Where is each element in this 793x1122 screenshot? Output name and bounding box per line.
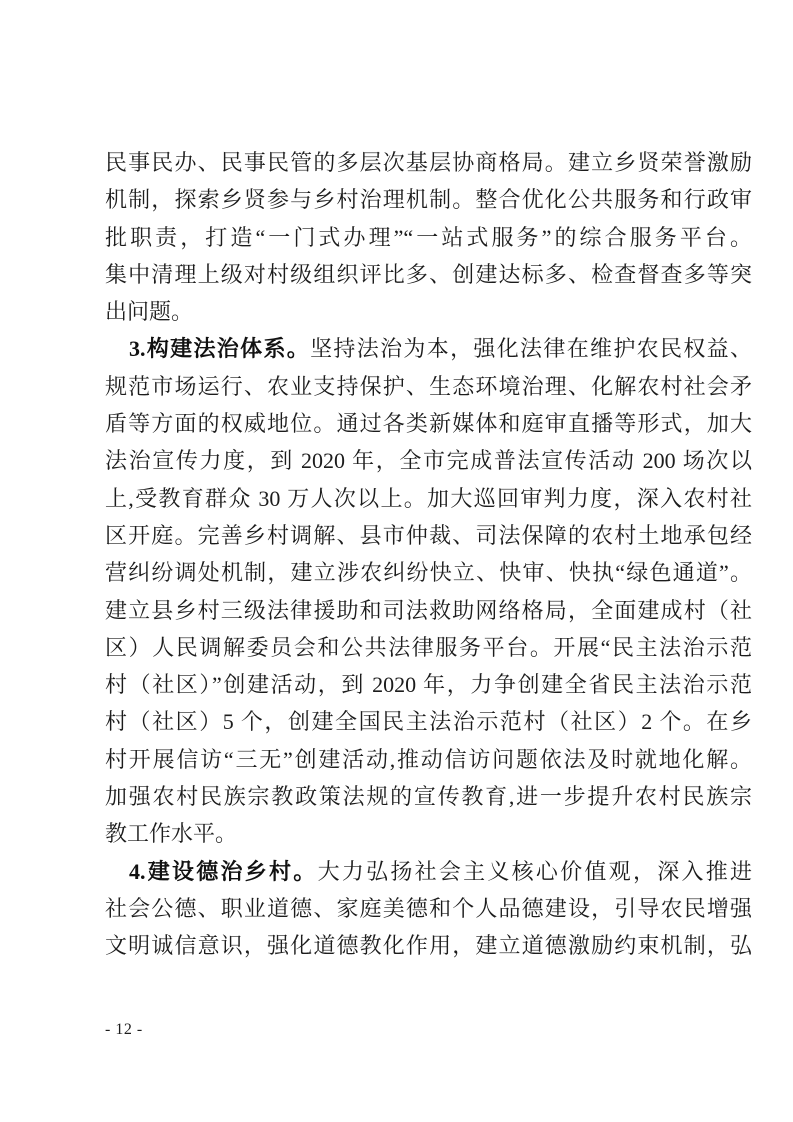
text-run: 大力弘扬社会主义核心价值观，深入推进 <box>318 859 752 884</box>
paragraph-continuation: 民事民办、民事民管的多层次基层协商格局。建立乡贤荣誉激励 机制，探索乡贤参与乡村… <box>105 144 752 330</box>
text-line: 村开展信访“三无”创建活动,推动信访问题依法及时就地化解。 <box>105 741 752 778</box>
text-line: 机制，探索乡贤参与乡村治理机制。整合优化公共服务和行政审 <box>105 181 752 218</box>
text-line: 建立县乡村三级法律援助和司法救助网络格局，全面建成村（社 <box>105 592 752 629</box>
text-line: 规范市场运行、农业支持保护、生态环境治理、化解农村社会矛 <box>105 368 752 405</box>
section-4-heading: 4.建设德治乡村。 <box>129 859 318 884</box>
document-body: 民事民办、民事民管的多层次基层协商格局。建立乡贤荣誉激励 机制，探索乡贤参与乡村… <box>105 144 752 965</box>
paragraph-section-3: 3.构建法治体系。坚持法治为本，强化法律在维护农民权益、 规范市场运行、农业支持… <box>105 330 752 852</box>
text-line: 批职责，打造“一门式办理”“一站式服务”的综合服务平台。 <box>105 219 752 256</box>
section-3-heading: 3.构建法治体系。 <box>129 336 310 361</box>
text-line: 村（社区）”创建活动，到 2020 年，力争创建全省民主法治示范 <box>105 666 752 703</box>
text-line: 区开庭。完善乡村调解、县市仲裁、司法保障的农村土地承包经 <box>105 517 752 554</box>
text-line: 法治宣传力度，到 2020 年，全市完成普法宣传活动 200 场次以 <box>105 442 752 479</box>
text-run: 坚持法治为本，强化法律在维护农民权益、 <box>310 336 752 361</box>
text-line: 集中清理上级对村级组织评比多、创建达标多、检查督查多等突 <box>105 256 752 293</box>
text-line: 盾等方面的权威地位。通过各类新媒体和庭审直播等形式，加大 <box>105 405 752 442</box>
text-line: 区）人民调解委员会和公共法律服务平台。开展“民主法治示范 <box>105 629 752 666</box>
text-line: 加强农村民族宗教政策法规的宣传教育,进一步提升农村民族宗 <box>105 778 752 815</box>
text-line: 文明诚信意识，强化道德教化作用，建立道德激励约束机制，弘 <box>105 927 752 964</box>
paragraph-section-4: 4.建设德治乡村。大力弘扬社会主义核心价值观，深入推进 社会公德、职业道德、家庭… <box>105 853 752 965</box>
text-line: 上,受教育群众 30 万人次以上。加大巡回审判力度，深入农村社 <box>105 480 752 517</box>
text-line: 出问题。 <box>105 293 752 330</box>
text-line: 教工作水平。 <box>105 815 752 852</box>
text-line: 3.构建法治体系。坚持法治为本，强化法律在维护农民权益、 <box>105 330 752 367</box>
text-line: 社会公德、职业道德、家庭美德和个人品德建设，引导农民增强 <box>105 890 752 927</box>
text-line: 民事民办、民事民管的多层次基层协商格局。建立乡贤荣誉激励 <box>105 144 752 181</box>
text-line: 4.建设德治乡村。大力弘扬社会主义核心价值观，深入推进 <box>105 853 752 890</box>
page-number: - 12 - <box>105 1021 143 1039</box>
document-page: 民事民办、民事民管的多层次基层协商格局。建立乡贤荣誉激励 机制，探索乡贤参与乡村… <box>0 0 793 1122</box>
text-line: 村（社区）5 个，创建全国民主法治示范村（社区）2 个。在乡 <box>105 703 752 740</box>
text-line: 营纠纷调处机制，建立涉农纠纷快立、快审、快执“绿色通道”。 <box>105 554 752 591</box>
